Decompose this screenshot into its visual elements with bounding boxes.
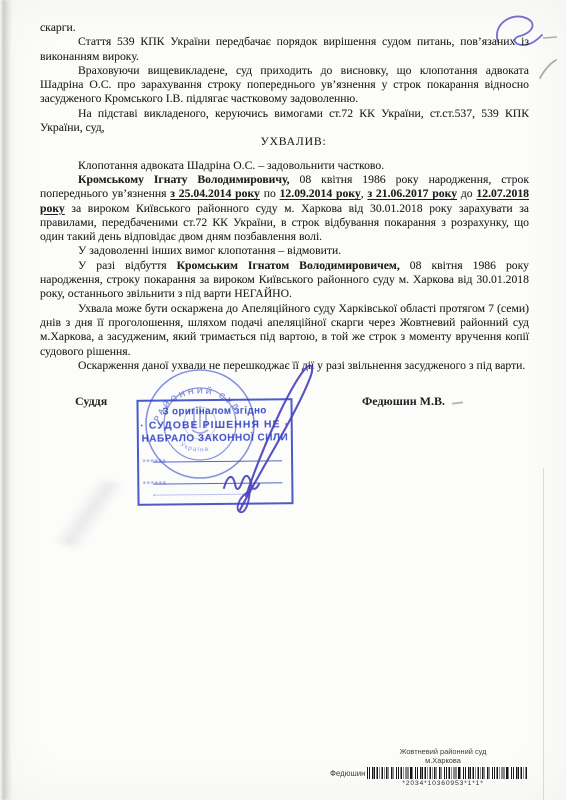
scanned-court-ruling-page: скарги. Стаття 539 КПК України передбача… [0,0,566,800]
footer-signer-name: Федюшин [330,769,365,778]
ruling-heading: УХВАЛИВ: [40,135,529,149]
date-range-end-1: 12.09.2014 року [280,187,361,200]
body-text: скарги. Стаття 539 КПК України передбача… [40,21,529,373]
paragraph-appeal-procedure: Ухвала може бути оскаржена до Апеляційно… [40,302,529,359]
scan-edge-shadow [2,0,12,800]
judge-autograph [200,360,320,528]
paragraph-legal-basis: На підставі викладеного, керуючись вимог… [40,107,529,136]
judge-name: Федюшин М.В. [362,394,445,409]
pencil-dash [543,37,557,38]
footer-court-city: м.Харкова [330,757,524,766]
barcode [367,767,527,779]
judge-label: Суддя [75,394,107,409]
paragraph-motion-granted: Клопотання адвоката Шадріна О.С. – задов… [40,159,529,173]
date-range-start-2: з 21.06.2017 року [367,187,457,200]
paragraph-release-order: У разі відбуття Кромським Ігнатом Володи… [40,259,529,302]
footer-registration-block: Жовтневий районний суд м.Харкова Федюшин… [330,748,528,787]
paragraph-article-539: Стаття 539 КПК України передбачає порядо… [40,35,529,64]
paragraph-credit-terms: Кромському Ігнату Володимировичу, 08 кві… [40,173,529,244]
convict-name: Кромським Ігнатом Володимировичем, [177,259,400,272]
paragraph-other-claims-denied: У задоволенні інших вимог клопотання – в… [40,244,529,258]
convict-name: Кромському Ігнату Володимировичу, [78,173,290,186]
paragraph-continuation: скарги. [40,21,529,35]
date-range-start-1: з 25.04.2014 року [170,187,260,200]
scan-line-artifact [543,468,544,800]
scan-smudge [21,468,151,558]
paragraph-conclusion: Враховуючи вищевикладене, суд приходить … [40,64,529,107]
barcode-number: *2034*10360953*1*1* [330,780,524,787]
pencil-tick [540,60,556,78]
